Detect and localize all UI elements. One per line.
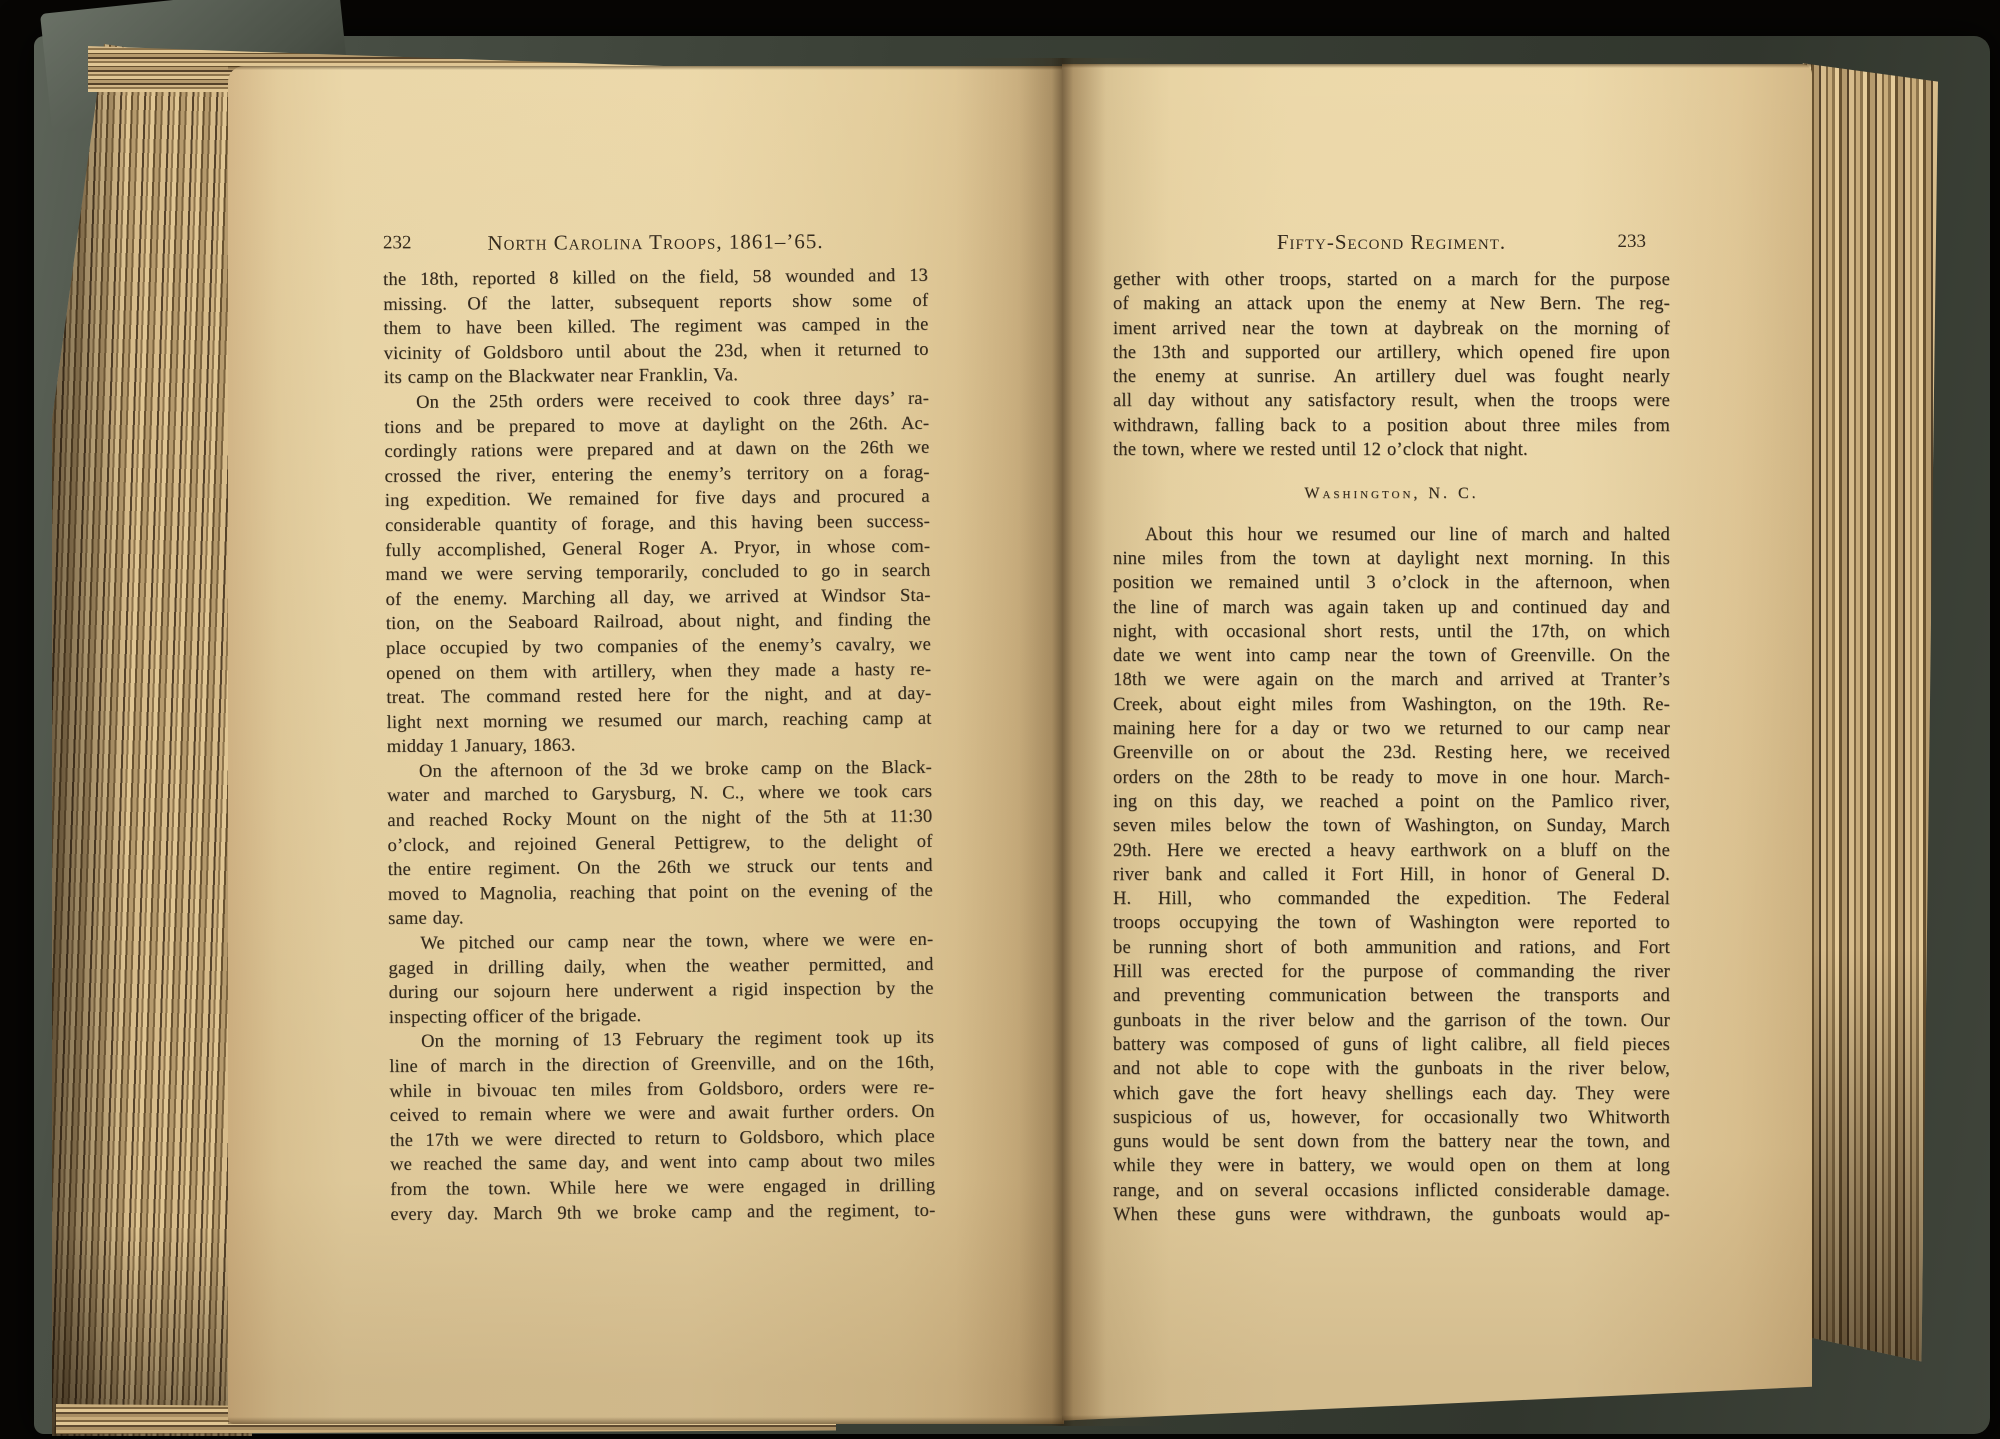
text-line: maining here for a day or two we returne…: [1113, 717, 1670, 741]
text-line: and not able to cope with the gunboats i…: [1113, 1057, 1670, 1081]
text-line: 29th. Here we erected a heavy earthwork …: [1113, 839, 1670, 863]
text-line: while they were in battery, we would ope…: [1113, 1154, 1670, 1178]
text-line: ing on this day, we reached a point on t…: [1113, 790, 1670, 814]
right-page-text: gether with other troops, started on a m…: [1113, 268, 1670, 1227]
text-line: river bank and called it Fort Hill, in h…: [1113, 863, 1670, 887]
text-line: and reached Rocky Mount on the night of …: [387, 805, 932, 834]
text-line: vicinity of Goldsboro until about the 23…: [384, 337, 929, 366]
page-edges-right: [1800, 58, 1938, 1368]
text-line: Creek, about eight miles from Washington…: [1113, 693, 1670, 717]
text-line: the enemy at sunrise. An artillery duel …: [1113, 365, 1670, 389]
text-line: the town, where we rested until 12 o’clo…: [1113, 438, 1670, 462]
text-line: date we went into camp near the town of …: [1113, 644, 1670, 668]
text-line: range, and on several occasions inflicte…: [1113, 1179, 1670, 1203]
text-line: line of march in the direction of Greenv…: [389, 1051, 934, 1080]
book-photograph: 232 North Carolina Troops, 1861–’65. Fif…: [0, 0, 2000, 1439]
text-line: place occupied by two companies of the e…: [386, 633, 931, 662]
text-line: night, with occasional short rests, unti…: [1113, 620, 1670, 644]
text-line: moved to Magnolia, reaching that point o…: [388, 879, 933, 908]
text-line: withdrawn, falling back to a position ab…: [1113, 414, 1670, 438]
text-line: iment arrived near the town at daybreak …: [1113, 317, 1670, 341]
text-line: H. Hill, who commanded the expedition. T…: [1113, 887, 1670, 911]
text-line: 18th we were again on the march and arri…: [1113, 668, 1670, 692]
text-line: of making an attack upon the enemy at Ne…: [1113, 292, 1670, 316]
left-running-title: North Carolina Troops, 1861–’65.: [383, 229, 928, 257]
right-page-header: Fifty-Second Regiment. 233: [1113, 230, 1670, 258]
text-line: troops occupying the town of Washington …: [1113, 911, 1670, 935]
section-heading: Washington, N. C.: [1113, 482, 1670, 506]
text-line: orders on the 28th to be ready to move i…: [1113, 766, 1670, 790]
text-line: the 18th, reported 8 killed on the field…: [383, 264, 928, 293]
text-line: which gave the fort heavy shellings each…: [1113, 1082, 1670, 1106]
text-line: considerable quantity of forage, and thi…: [385, 510, 930, 539]
text-line: the 13th and supported our artillery, wh…: [1113, 341, 1670, 365]
text-line: during our sojourn here underwent a rigi…: [389, 977, 934, 1006]
left-page-header: 232 North Carolina Troops, 1861–’65.: [383, 229, 928, 260]
left-page-text: the 18th, reported 8 killed on the field…: [383, 264, 936, 1227]
text-line: battery was composed of guns of light ca…: [1113, 1033, 1670, 1057]
text-line: every day. March 9th we broke camp and t…: [390, 1198, 935, 1227]
right-running-title: Fifty-Second Regiment.: [1113, 230, 1670, 255]
text-line: suspicious of us, however, for occasiona…: [1113, 1106, 1670, 1130]
text-line: be running short of both ammunition and …: [1113, 936, 1670, 960]
text-line: guns would be sent down from the battery…: [1113, 1130, 1670, 1154]
text-line: When these guns were withdrawn, the gunb…: [1113, 1203, 1670, 1227]
text-line: seven miles below the town of Washington…: [1113, 814, 1670, 838]
text-line: Hill was erected for the purpose of comm…: [1113, 960, 1670, 984]
text-line: gunboats in the river below and the garr…: [1113, 1009, 1670, 1033]
text-line: On the 25th orders were received to cook…: [384, 387, 929, 416]
text-line: gether with other troops, started on a m…: [1113, 268, 1670, 292]
text-line: We pitched our camp near the town, where…: [388, 928, 933, 957]
text-line: Greenville on or about the 23d. Resting …: [1113, 741, 1670, 765]
page-edges-left: [52, 44, 252, 1436]
text-line: all day without any satisfactory result,…: [1113, 389, 1670, 413]
text-line: About this hour we resumed our line of m…: [1113, 523, 1670, 547]
right-page-number: 233: [1618, 231, 1647, 253]
text-line: the line of march was again taken up and…: [1113, 596, 1670, 620]
text-line: position we remained until 3 o’clock in …: [1113, 571, 1670, 595]
text-line: nine miles from the town at daylight nex…: [1113, 547, 1670, 571]
text-line: and preventing communication between the…: [1113, 984, 1670, 1008]
text-line: light next morning we resumed our march,…: [386, 706, 931, 735]
text-line: from the town. While here we were engage…: [390, 1174, 935, 1203]
